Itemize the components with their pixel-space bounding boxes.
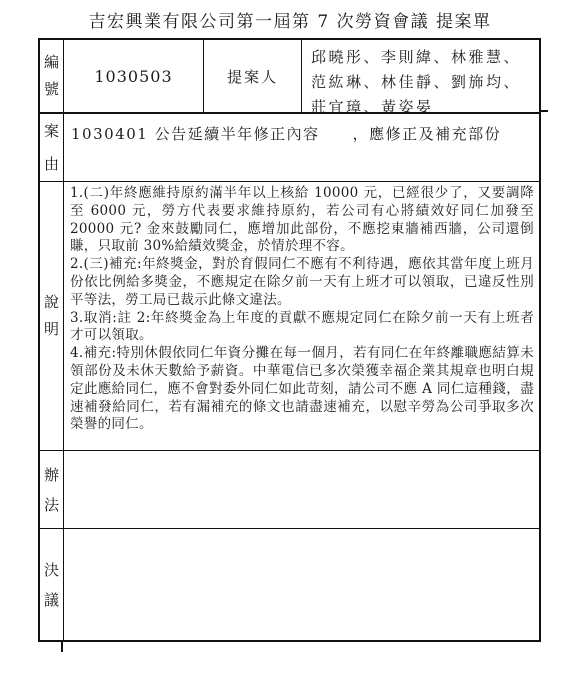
label-description-text: 說明 xyxy=(44,289,60,343)
subject-content: 1030401 公告延續半年修正內容 ，應修正及補充部份 xyxy=(64,114,539,181)
method-content xyxy=(64,451,539,528)
description-content: 1.(二)年終應維持原約滿半年以上核給 10000 元，已經很少了，又要調降至 … xyxy=(64,182,539,450)
label-subject-text: 案由 xyxy=(44,115,60,181)
label-number: 編號 xyxy=(40,40,64,112)
page-title: 吉宏興業有限公司第一屆第 7 次勞資會議 提案單 xyxy=(0,7,580,32)
label-resolution: 決議 xyxy=(40,529,64,640)
label-method-text: 辦法 xyxy=(44,460,60,520)
table-line-artifact-bottom xyxy=(61,642,63,652)
row-resolution: 決議 xyxy=(40,529,539,640)
label-resolution-text: 決議 xyxy=(44,555,60,615)
proposal-form-table: 編號 1030503 提案人 邱曉彤、李則緯、林雅慧、范紘琳、林佳靜、劉斾均、莊… xyxy=(38,38,541,642)
description-item: 4.補充:特別休假依同仁年資分攤在每一個月，若有同仁在年終離職應結算未領部份及未… xyxy=(70,345,534,434)
label-description: 說明 xyxy=(40,182,64,450)
label-method: 辦法 xyxy=(40,451,64,528)
description-item: 3.取消:註 2:年終獎金為上年度的貢獻不應規定同仁在除夕前一天有上班者才可以領… xyxy=(70,310,534,346)
table-line-artifact-right xyxy=(541,110,548,112)
row-number: 編號 1030503 提案人 邱曉彤、李則緯、林雅慧、范紘琳、林佳靜、劉斾均、莊… xyxy=(40,40,539,114)
label-number-text: 編號 xyxy=(44,49,60,103)
description-item: 2.(三)補充:年終獎金，對於育假同仁不應有不利待遇，應依其當年度上班月份依比例… xyxy=(70,256,534,309)
proposal-number: 1030503 xyxy=(64,40,204,112)
proposer-names: 邱曉彤、李則緯、林雅慧、范紘琳、林佳靜、劉斾均、莊宜璋、黃姿晏 xyxy=(302,40,539,112)
row-method: 辦法 xyxy=(40,451,539,529)
description-item: 1.(二)年終應維持原約滿半年以上核給 10000 元，已經很少了，又要調降至 … xyxy=(70,185,534,256)
label-subject: 案由 xyxy=(40,114,64,181)
row-description: 說明 1.(二)年終應維持原約滿半年以上核給 10000 元，已經很少了，又要調… xyxy=(40,182,539,451)
row-subject: 案由 1030401 公告延續半年修正內容 ，應修正及補充部份 xyxy=(40,114,539,182)
resolution-content xyxy=(64,529,539,640)
proposer-label: 提案人 xyxy=(204,40,302,112)
